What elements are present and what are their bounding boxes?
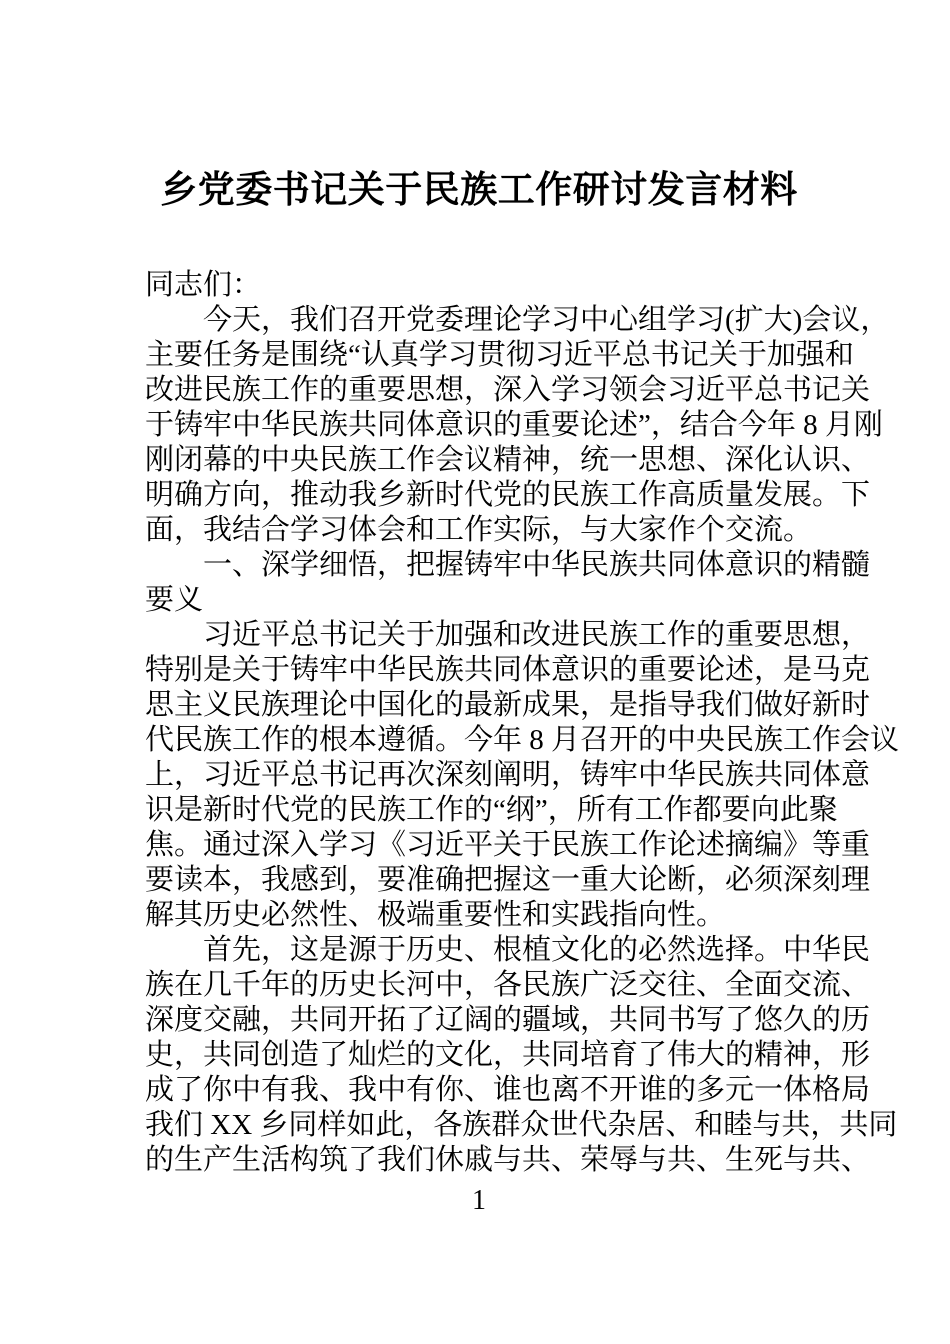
text-line: 刚闭幕的中央民族工作会议精神，统一思想、深化认识、 (145, 443, 813, 478)
text-line: 我们 XX 乡同样如此，各族群众世代杂居、和睦与共，共同 (145, 1108, 813, 1143)
text-line: 明确方向，推动我乡新时代党的民族工作高质量发展。下 (145, 478, 813, 513)
section-heading-line: 要义 (145, 583, 813, 618)
text-line: 于铸牢中华民族共同体意识的重要论述”，结合今年 8 月刚 (145, 408, 813, 443)
document-title: 乡党委书记关于民族工作研讨发言材料 (145, 168, 813, 212)
document-body: 同志们： 今天，我们召开党委理论学习中心组学习(扩大)会议， 主要任务是围绕“认… (145, 268, 813, 1178)
text-line: 上，习近平总书记再次深刻阐明，铸牢中华民族共同体意 (145, 758, 813, 793)
document-page: 乡党委书记关于民族工作研讨发言材料 同志们： 今天，我们召开党委理论学习中心组学… (0, 0, 950, 1344)
salutation: 同志们： (145, 268, 813, 303)
text-line: 解其历史必然性、极端重要性和实践指向性。 (145, 898, 813, 933)
text-line: 成了你中有我、我中有你、谁也离不开谁的多元一体格局 (145, 1073, 813, 1108)
section-heading-line: 一、深学细悟，把握铸牢中华民族共同体意识的精髓 (145, 548, 813, 583)
text-line: 今天，我们召开党委理论学习中心组学习(扩大)会议， (145, 303, 813, 338)
text-line: 焦。通过深入学习《习近平关于民族工作论述摘编》等重 (145, 828, 813, 863)
text-line: 识是新时代党的民族工作的“纲”，所有工作都要向此聚 (145, 793, 813, 828)
text-line: 族在几千年的历史长河中，各民族广泛交往、全面交流、 (145, 968, 813, 1003)
text-line: 首先，这是源于历史、根植文化的必然选择。中华民 (145, 933, 813, 968)
text-line: 代民族工作的根本遵循。今年 8 月召开的中央民族工作会议 (145, 723, 813, 758)
text-line: 要读本，我感到，要准确把握这一重大论断，必须深刻理 (145, 863, 813, 898)
text-line: 特别是关于铸牢中华民族共同体意识的重要论述，是马克 (145, 653, 813, 688)
text-line: 思主义民族理论中国化的最新成果，是指导我们做好新时 (145, 688, 813, 723)
text-line: 深度交融，共同开拓了辽阔的疆域，共同书写了悠久的历 (145, 1003, 813, 1038)
page-number: 1 (145, 1186, 813, 1216)
text-line: 史，共同创造了灿烂的文化，共同培育了伟大的精神，形 (145, 1038, 813, 1073)
text-line: 主要任务是围绕“认真学习贯彻习近平总书记关于加强和 (145, 338, 813, 373)
text-line: 习近平总书记关于加强和改进民族工作的重要思想， (145, 618, 813, 653)
text-line: 改进民族工作的重要思想，深入学习领会习近平总书记关 (145, 373, 813, 408)
text-line: 的生产生活构筑了我们休戚与共、荣辱与共、生死与共、 (145, 1143, 813, 1178)
text-line: 面，我结合学习体会和工作实际，与大家作个交流。 (145, 513, 813, 548)
